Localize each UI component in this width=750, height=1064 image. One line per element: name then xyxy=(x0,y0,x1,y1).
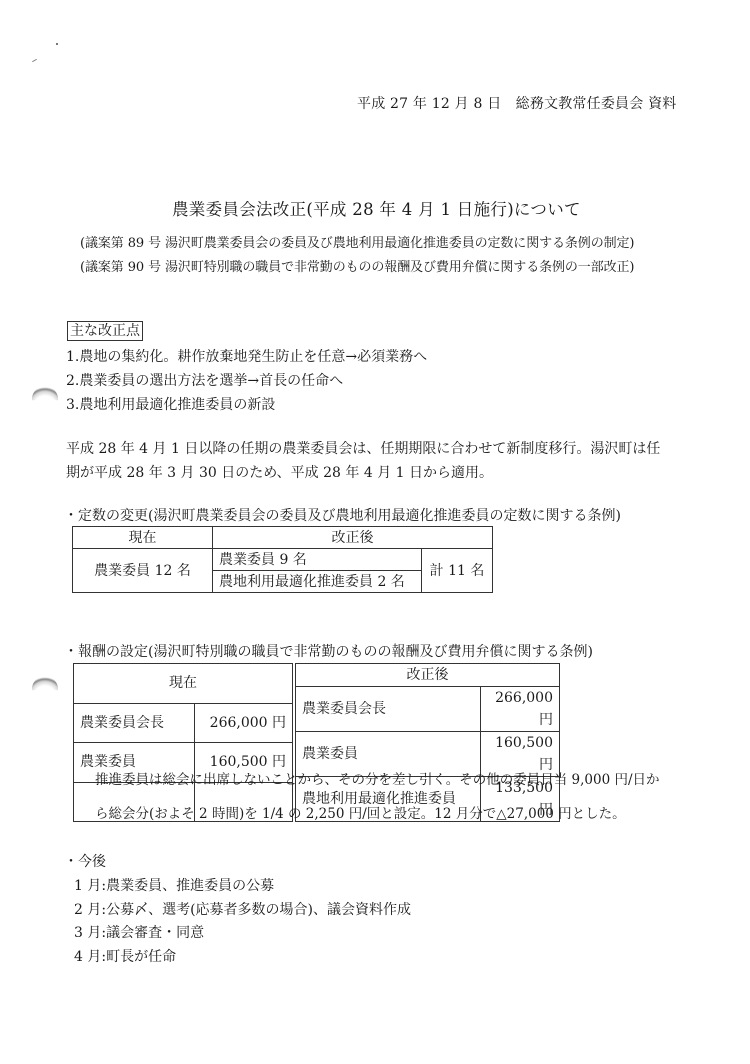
main-point-item: 2.農業委員の選出方法を選挙→首長の任命へ xyxy=(66,370,343,390)
pay-table: 現在 農業委員会長 266,000 円 農業委員 160,500 円 改正後 農… xyxy=(73,663,560,822)
schedule-item: 4 月:町長が任命 xyxy=(74,946,176,966)
bill-reference: (議案第 89 号 湯沢町農業委員会の委員及び農地利用最適化推進委員の定数に関す… xyxy=(80,232,634,251)
scan-speck xyxy=(56,43,58,45)
table-cell: 農地利用最適化推進委員 2 名 xyxy=(213,571,422,593)
quota-table: 現在 改正後 農業委員 12 名 農業委員 9 名 計 11 名 農地利用最適化… xyxy=(72,526,493,593)
main-point-item: 3.農地利用最適化推進委員の新設 xyxy=(66,394,275,414)
table-header: 改正後 xyxy=(296,664,560,687)
table-header: 改正後 xyxy=(213,527,493,549)
scan-speck xyxy=(32,59,37,62)
table-cell: 農業委員 12 名 xyxy=(73,549,213,593)
main-point-item: 1.農地の集約化。耕作放棄地発生防止を任意→必須業務へ xyxy=(66,346,427,366)
effective-date-paragraph: 期が平成 28 年 3 月 30 日のため、平成 28 年 4 月 1 日から適… xyxy=(66,462,493,482)
table-cell: 農業委員会長 xyxy=(74,703,195,743)
schedule-item: 2 月:公募〆、選考(応募者多数の場合)、議会資料作成 xyxy=(74,899,411,919)
punch-hole-icon xyxy=(32,386,58,412)
table-cell: 農業委員 9 名 xyxy=(213,549,422,571)
table-cell: 計 11 名 xyxy=(422,549,493,593)
table-cell: 266,000 円 xyxy=(195,703,293,743)
document-title: 農業委員会法改正(平成 28 年 4 月 1 日施行)について xyxy=(172,196,581,220)
table-cell: 266,000 円 xyxy=(481,687,560,732)
pay-note: ら総会分(およそ 2 時間)を 1/4 の 2,250 円/回と設定。12 月分… xyxy=(95,802,626,822)
punch-hole-icon xyxy=(32,676,58,702)
effective-date-paragraph: 平成 28 年 4 月 1 日以降の任期の農業委員会は、任期期限に合わせて新制度… xyxy=(66,438,660,458)
pay-table-after: 改正後 農業委員会長 266,000 円 農業委員 160,500 円 農地利用… xyxy=(295,663,560,822)
schedule-item: 3 月:議会審査・同意 xyxy=(74,922,204,942)
table-header: 現在 xyxy=(74,664,293,704)
schedule-item: 1 月:農業委員、推進委員の公募 xyxy=(74,875,274,895)
bill-reference: (議案第 90 号 湯沢町特別職の職員で非常勤のものの報酬及び費用弁償に関する条… xyxy=(80,256,634,275)
main-points-label: 主な改正点 xyxy=(67,321,143,341)
pay-table-current: 現在 農業委員会長 266,000 円 農業委員 160,500 円 xyxy=(73,663,293,822)
pay-section-heading: ・報酬の設定(湯沢町特別職の職員で非常勤のものの報酬及び費用弁償に関する条例) xyxy=(64,641,593,661)
document-header: 平成 27 年 12 月 8 日 総務文教常任委員会 資料 xyxy=(357,93,677,113)
pay-note: 推進委員は総会に出席しないことから、その分を差し引く。その他の委員日当 9,00… xyxy=(95,768,660,788)
table-cell: 農業委員会長 xyxy=(296,687,481,732)
future-schedule-label: ・今後 xyxy=(64,851,106,871)
table-row: 農業委員会長 266,000 円 xyxy=(296,687,560,732)
quota-section-heading: ・定数の変更(湯沢町農業委員会の委員及び農地利用最適化推進委員の定数に関する条例… xyxy=(64,505,621,525)
table-row: 農業委員会長 266,000 円 xyxy=(74,703,293,743)
table-header: 現在 xyxy=(73,527,213,549)
